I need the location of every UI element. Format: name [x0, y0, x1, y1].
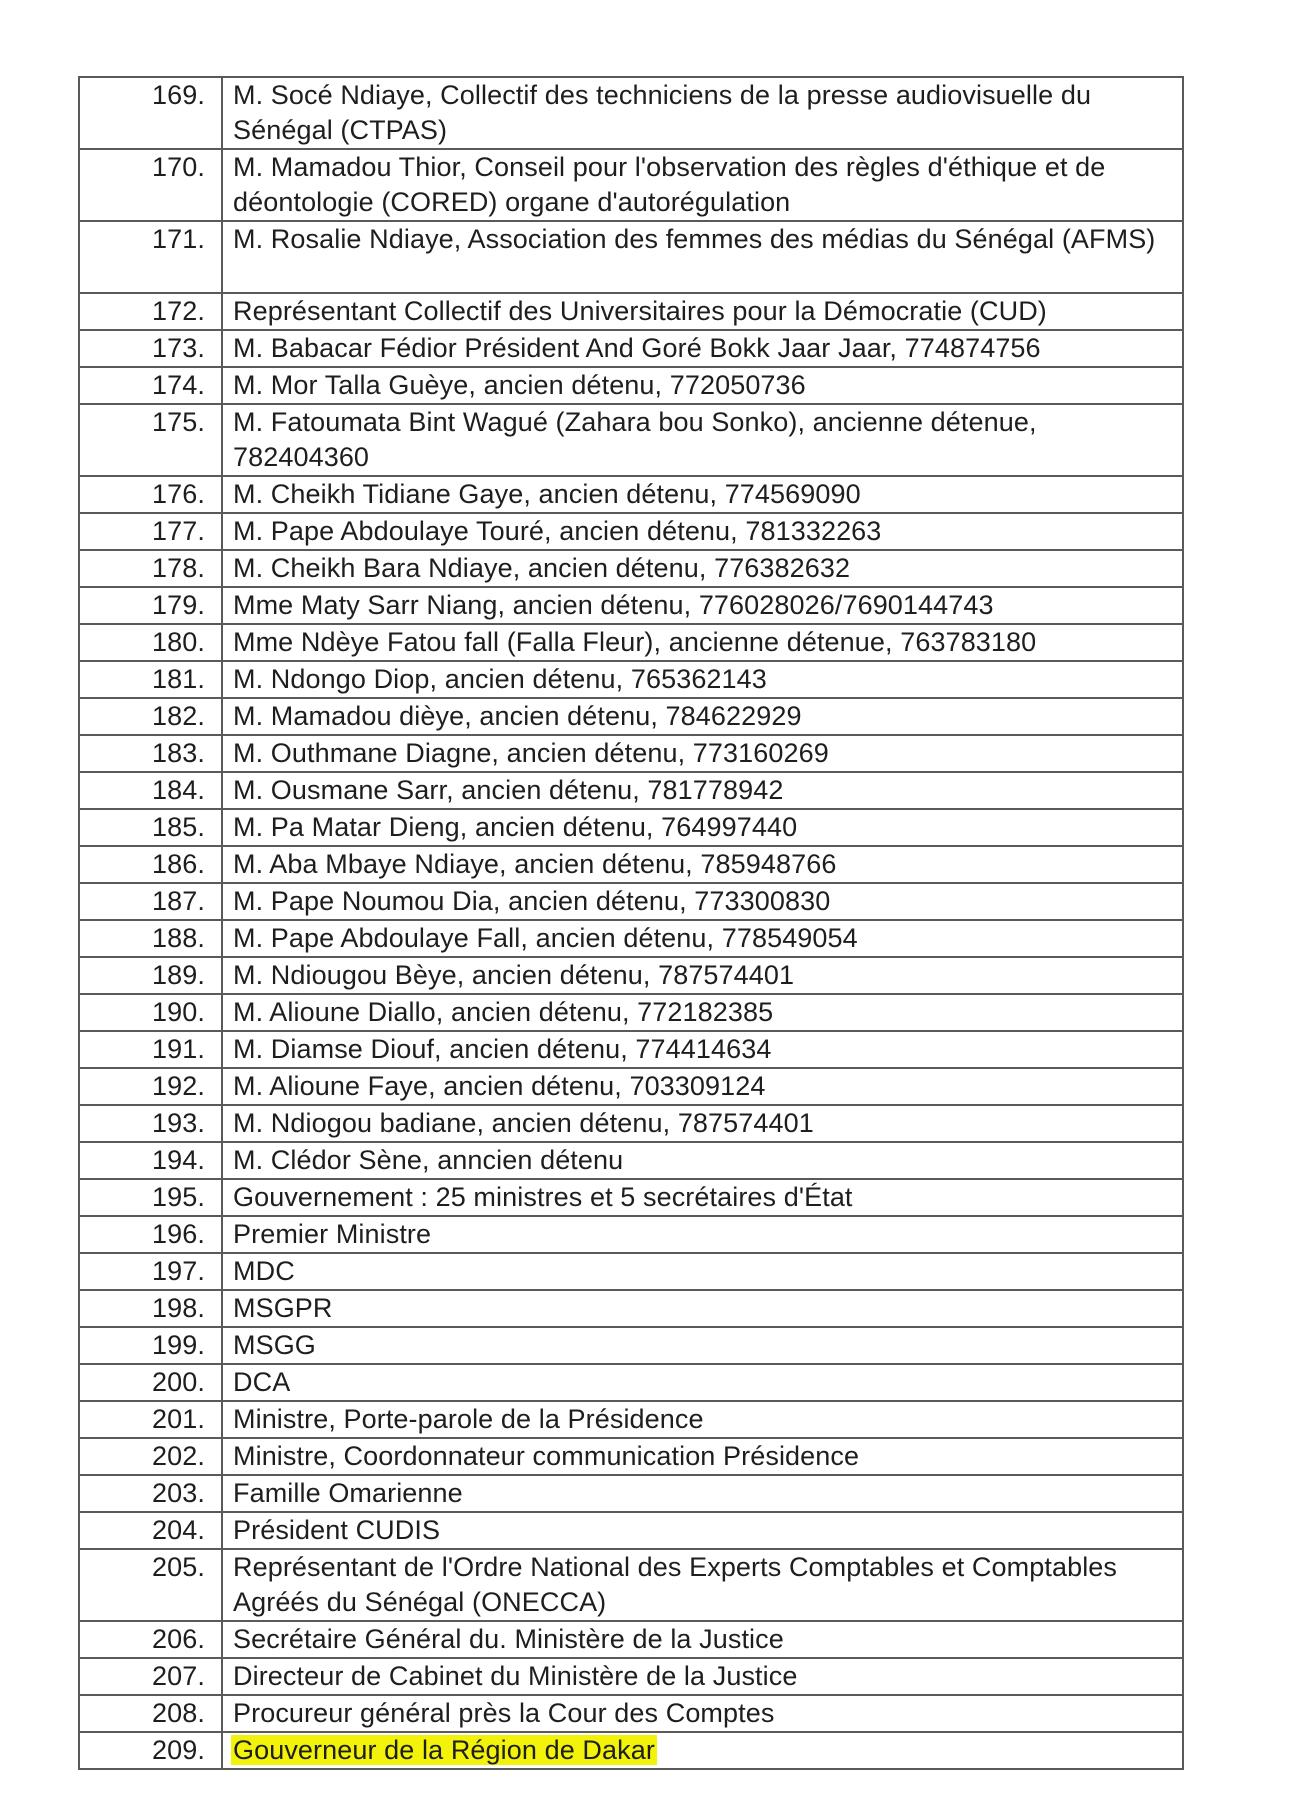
row-text-cell: M. Rosalie Ndiaye, Association des femme…	[222, 221, 1183, 293]
row-text: Président CUDIS	[233, 1515, 440, 1545]
row-text: M. Ndiougou Bèye, ancien détenu, 7875744…	[233, 960, 794, 990]
row-text: M. Diamse Diouf, ancien détenu, 77441463…	[233, 1034, 771, 1064]
row-text-cell: M. Ousmane Sarr, ancien détenu, 78177894…	[222, 772, 1183, 809]
row-text: M. Ndongo Diop, ancien détenu, 765362143	[233, 664, 767, 694]
row-text-cell: M. Ndiogou badiane, ancien détenu, 78757…	[222, 1105, 1183, 1142]
row-number: 170.	[79, 149, 222, 221]
table-row: 180. Mme Ndèye Fatou fall (Falla Fleur),…	[79, 624, 1183, 661]
row-number: 194.	[79, 1142, 222, 1179]
row-text-cell: M. Ndongo Diop, ancien détenu, 765362143	[222, 661, 1183, 698]
row-text: MSGG	[233, 1330, 316, 1360]
row-text: M. Clédor Sène, anncien détenu	[233, 1145, 623, 1175]
row-text-cell: M. Aba Mbaye Ndiaye, ancien détenu, 7859…	[222, 846, 1183, 883]
table-row: 173. M. Babacar Fédior Président And Gor…	[79, 330, 1183, 367]
row-text-cell: Gouverneur de la Région de Dakar	[222, 1732, 1183, 1769]
table-row: 204. Président CUDIS	[79, 1512, 1183, 1549]
row-text-cell: M. Pape Abdoulaye Fall, ancien détenu, 7…	[222, 920, 1183, 957]
row-text: M. Ndiogou badiane, ancien détenu, 78757…	[233, 1108, 814, 1138]
table-row: 206. Secrétaire Général du. Ministère de…	[79, 1621, 1183, 1658]
row-text: M. Pape Abdoulaye Touré, ancien détenu, …	[233, 516, 881, 546]
table-row: 202. Ministre, Coordonnateur communicati…	[79, 1438, 1183, 1475]
table-row: 177. M. Pape Abdoulaye Touré, ancien dét…	[79, 513, 1183, 550]
row-text: M. Cheikh Bara Ndiaye, ancien détenu, 77…	[233, 553, 850, 583]
table-row: 188. M. Pape Abdoulaye Fall, ancien déte…	[79, 920, 1183, 957]
table-row: 175. M. Fatoumata Bint Wagué (Zahara bou…	[79, 404, 1183, 476]
row-text: M. Mamadou Thior, Conseil pour l'observa…	[233, 152, 1105, 217]
row-text-cell: Représentant Collectif des Universitaire…	[222, 293, 1183, 330]
row-number: 193.	[79, 1105, 222, 1142]
row-number: 208.	[79, 1695, 222, 1732]
table-row: 205. Représentant de l'Ordre National de…	[79, 1549, 1183, 1621]
table-row: 192. M. Alioune Faye, ancien détenu, 703…	[79, 1068, 1183, 1105]
row-text-cell: M. Pape Abdoulaye Touré, ancien détenu, …	[222, 513, 1183, 550]
row-text-cell: M. Alioune Diallo, ancien détenu, 772182…	[222, 994, 1183, 1031]
row-text-cell: M. Pape Noumou Dia, ancien détenu, 77330…	[222, 883, 1183, 920]
row-text-cell: Gouvernement : 25 ministres et 5 secréta…	[222, 1179, 1183, 1216]
row-number: 207.	[79, 1658, 222, 1695]
row-text: Gouvernement : 25 ministres et 5 secréta…	[233, 1182, 853, 1212]
row-number: 192.	[79, 1068, 222, 1105]
row-text: M. Pa Matar Dieng, ancien détenu, 764997…	[233, 812, 797, 842]
row-text: M. Outhmane Diagne, ancien détenu, 77316…	[233, 738, 829, 768]
table-row: 169. M. Socé Ndiaye, Collectif des techn…	[79, 77, 1183, 149]
table-row: 187. M. Pape Noumou Dia, ancien détenu, …	[79, 883, 1183, 920]
row-text-cell: MDC	[222, 1253, 1183, 1290]
table-row: 184. M. Ousmane Sarr, ancien détenu, 781…	[79, 772, 1183, 809]
row-text-cell: Ministre, Coordonnateur communication Pr…	[222, 1438, 1183, 1475]
table-row: 207. Directeur de Cabinet du Ministère d…	[79, 1658, 1183, 1695]
row-number: 176.	[79, 476, 222, 513]
row-text: Mme Ndèye Fatou fall (Falla Fleur), anci…	[233, 627, 1036, 657]
row-number: 202.	[79, 1438, 222, 1475]
table-row: 191. M. Diamse Diouf, ancien détenu, 774…	[79, 1031, 1183, 1068]
table-row: 171. M. Rosalie Ndiaye, Association des …	[79, 221, 1183, 293]
table-row: 181. M. Ndongo Diop, ancien détenu, 7653…	[79, 661, 1183, 698]
row-text-cell: Secrétaire Général du. Ministère de la J…	[222, 1621, 1183, 1658]
row-text-cell: M. Diamse Diouf, ancien détenu, 77441463…	[222, 1031, 1183, 1068]
row-text-cell: Mme Maty Sarr Niang, ancien détenu, 7760…	[222, 587, 1183, 624]
row-text-cell: Premier Ministre	[222, 1216, 1183, 1253]
table-row: 199. MSGG	[79, 1327, 1183, 1364]
row-number: 201.	[79, 1401, 222, 1438]
table-row: 198. MSGPR	[79, 1290, 1183, 1327]
row-text: M. Aba Mbaye Ndiaye, ancien détenu, 7859…	[233, 849, 836, 879]
row-text-cell: DCA	[222, 1364, 1183, 1401]
row-text-cell: Directeur de Cabinet du Ministère de la …	[222, 1658, 1183, 1695]
row-text-cell: MSGPR	[222, 1290, 1183, 1327]
row-number: 180.	[79, 624, 222, 661]
row-text: MDC	[233, 1256, 295, 1286]
table-row: 209. Gouverneur de la Région de Dakar	[79, 1732, 1183, 1769]
row-text: Procureur général près la Cour des Compt…	[233, 1698, 774, 1728]
participants-table-body: 169. M. Socé Ndiaye, Collectif des techn…	[79, 77, 1183, 1769]
table-row: 170. M. Mamadou Thior, Conseil pour l'ob…	[79, 149, 1183, 221]
row-text: M. Alioune Faye, ancien détenu, 70330912…	[233, 1071, 766, 1101]
row-text-cell: M. Clédor Sène, anncien détenu	[222, 1142, 1183, 1179]
row-text: Ministre, Coordonnateur communication Pr…	[233, 1441, 859, 1471]
table-row: 203. Famille Omarienne	[79, 1475, 1183, 1512]
row-text: Famille Omarienne	[233, 1478, 463, 1508]
row-number: 203.	[79, 1475, 222, 1512]
table-row: 185. M. Pa Matar Dieng, ancien détenu, 7…	[79, 809, 1183, 846]
row-number: 172.	[79, 293, 222, 330]
row-text: M. Mor Talla Guèye, ancien détenu, 77205…	[233, 370, 806, 400]
row-number: 186.	[79, 846, 222, 883]
row-text-cell: Représentant de l'Ordre National des Exp…	[222, 1549, 1183, 1621]
row-number: 206.	[79, 1621, 222, 1658]
row-text-cell: M. Fatoumata Bint Wagué (Zahara bou Sonk…	[222, 404, 1183, 476]
table-row: 174. M. Mor Talla Guèye, ancien détenu, …	[79, 367, 1183, 404]
table-row: 178. M. Cheikh Bara Ndiaye, ancien déten…	[79, 550, 1183, 587]
table-row: 195. Gouvernement : 25 ministres et 5 se…	[79, 1179, 1183, 1216]
row-number: 174.	[79, 367, 222, 404]
row-number: 185.	[79, 809, 222, 846]
row-text-cell: M. Ndiougou Bèye, ancien détenu, 7875744…	[222, 957, 1183, 994]
table-row: 189. M. Ndiougou Bèye, ancien détenu, 78…	[79, 957, 1183, 994]
row-text-cell: M. Cheikh Bara Ndiaye, ancien détenu, 77…	[222, 550, 1183, 587]
row-number: 187.	[79, 883, 222, 920]
row-text: Premier Ministre	[233, 1219, 431, 1249]
row-text-cell: Procureur général près la Cour des Compt…	[222, 1695, 1183, 1732]
row-text-cell: M. Outhmane Diagne, ancien détenu, 77316…	[222, 735, 1183, 772]
row-text-cell: M. Mor Talla Guèye, ancien détenu, 77205…	[222, 367, 1183, 404]
row-text: M. Fatoumata Bint Wagué (Zahara bou Sonk…	[233, 407, 1037, 472]
row-text: Mme Maty Sarr Niang, ancien détenu, 7760…	[233, 590, 994, 620]
row-number: 169.	[79, 77, 222, 149]
row-number: 182.	[79, 698, 222, 735]
row-text: DCA	[233, 1367, 290, 1397]
row-number: 171.	[79, 221, 222, 293]
table-row: 183. M. Outhmane Diagne, ancien détenu, …	[79, 735, 1183, 772]
row-number: 197.	[79, 1253, 222, 1290]
row-text-cell: MSGG	[222, 1327, 1183, 1364]
row-text-cell: Ministre, Porte-parole de la Présidence	[222, 1401, 1183, 1438]
row-text-highlighted: Gouverneur de la Région de Dakar	[231, 1735, 657, 1765]
row-number: 173.	[79, 330, 222, 367]
participants-table: 169. M. Socé Ndiaye, Collectif des techn…	[78, 76, 1184, 1770]
row-number: 198.	[79, 1290, 222, 1327]
table-row: 182. M. Mamadou dièye, ancien détenu, 78…	[79, 698, 1183, 735]
table-row: 208. Procureur général près la Cour des …	[79, 1695, 1183, 1732]
row-text: M. Cheikh Tidiane Gaye, ancien détenu, 7…	[233, 479, 861, 509]
table-row: 186. M. Aba Mbaye Ndiaye, ancien détenu,…	[79, 846, 1183, 883]
row-text: Représentant de l'Ordre National des Exp…	[233, 1552, 1117, 1617]
table-row: 193. M. Ndiogou badiane, ancien détenu, …	[79, 1105, 1183, 1142]
row-text-cell: M. Mamadou Thior, Conseil pour l'observa…	[222, 149, 1183, 221]
row-text-cell: M. Cheikh Tidiane Gaye, ancien détenu, 7…	[222, 476, 1183, 513]
row-text: M. Rosalie Ndiaye, Association des femme…	[233, 224, 1155, 254]
row-text: Directeur de Cabinet du Ministère de la …	[233, 1661, 797, 1691]
row-text-cell: Président CUDIS	[222, 1512, 1183, 1549]
row-number: 191.	[79, 1031, 222, 1068]
row-number: 183.	[79, 735, 222, 772]
row-number: 199.	[79, 1327, 222, 1364]
row-number: 195.	[79, 1179, 222, 1216]
row-number: 184.	[79, 772, 222, 809]
table-row: 200. DCA	[79, 1364, 1183, 1401]
row-text: M. Babacar Fédior Président And Goré Bok…	[233, 333, 1041, 363]
row-text: Secrétaire Général du. Ministère de la J…	[233, 1624, 784, 1654]
row-number: 181.	[79, 661, 222, 698]
row-number: 188.	[79, 920, 222, 957]
table-row: 190. M. Alioune Diallo, ancien détenu, 7…	[79, 994, 1183, 1031]
row-text-cell: Mme Ndèye Fatou fall (Falla Fleur), anci…	[222, 624, 1183, 661]
row-text-cell: M. Socé Ndiaye, Collectif des technicien…	[222, 77, 1183, 149]
row-number: 189.	[79, 957, 222, 994]
row-number: 209.	[79, 1732, 222, 1769]
row-text: M. Ousmane Sarr, ancien détenu, 78177894…	[233, 775, 783, 805]
table-row: 194. M. Clédor Sène, anncien détenu	[79, 1142, 1183, 1179]
row-text: M. Pape Noumou Dia, ancien détenu, 77330…	[233, 886, 830, 916]
row-text-cell: M. Pa Matar Dieng, ancien détenu, 764997…	[222, 809, 1183, 846]
row-text-cell: Famille Omarienne	[222, 1475, 1183, 1512]
row-number: 175.	[79, 404, 222, 476]
table-row: 201. Ministre, Porte-parole de la Présid…	[79, 1401, 1183, 1438]
row-number: 205.	[79, 1549, 222, 1621]
row-text: MSGPR	[233, 1293, 333, 1323]
table-row: 179. Mme Maty Sarr Niang, ancien détenu,…	[79, 587, 1183, 624]
row-text: M. Pape Abdoulaye Fall, ancien détenu, 7…	[233, 923, 858, 953]
row-text-cell: M. Babacar Fédior Président And Goré Bok…	[222, 330, 1183, 367]
row-text: M. Socé Ndiaye, Collectif des technicien…	[233, 80, 1091, 145]
table-row: 172. Représentant Collectif des Universi…	[79, 293, 1183, 330]
row-number: 178.	[79, 550, 222, 587]
row-number: 177.	[79, 513, 222, 550]
table-row: 197. MDC	[79, 1253, 1183, 1290]
row-text: M. Mamadou dièye, ancien détenu, 7846229…	[233, 701, 802, 731]
row-number: 179.	[79, 587, 222, 624]
row-text-cell: M. Alioune Faye, ancien détenu, 70330912…	[222, 1068, 1183, 1105]
row-text: Représentant Collectif des Universitaire…	[233, 296, 1047, 326]
row-number: 196.	[79, 1216, 222, 1253]
row-number: 190.	[79, 994, 222, 1031]
row-number: 204.	[79, 1512, 222, 1549]
table-row: 196. Premier Ministre	[79, 1216, 1183, 1253]
row-text-cell: M. Mamadou dièye, ancien détenu, 7846229…	[222, 698, 1183, 735]
row-text: Ministre, Porte-parole de la Présidence	[233, 1404, 704, 1434]
row-number: 200.	[79, 1364, 222, 1401]
row-text: M. Alioune Diallo, ancien détenu, 772182…	[233, 997, 773, 1027]
table-row: 176. M. Cheikh Tidiane Gaye, ancien déte…	[79, 476, 1183, 513]
